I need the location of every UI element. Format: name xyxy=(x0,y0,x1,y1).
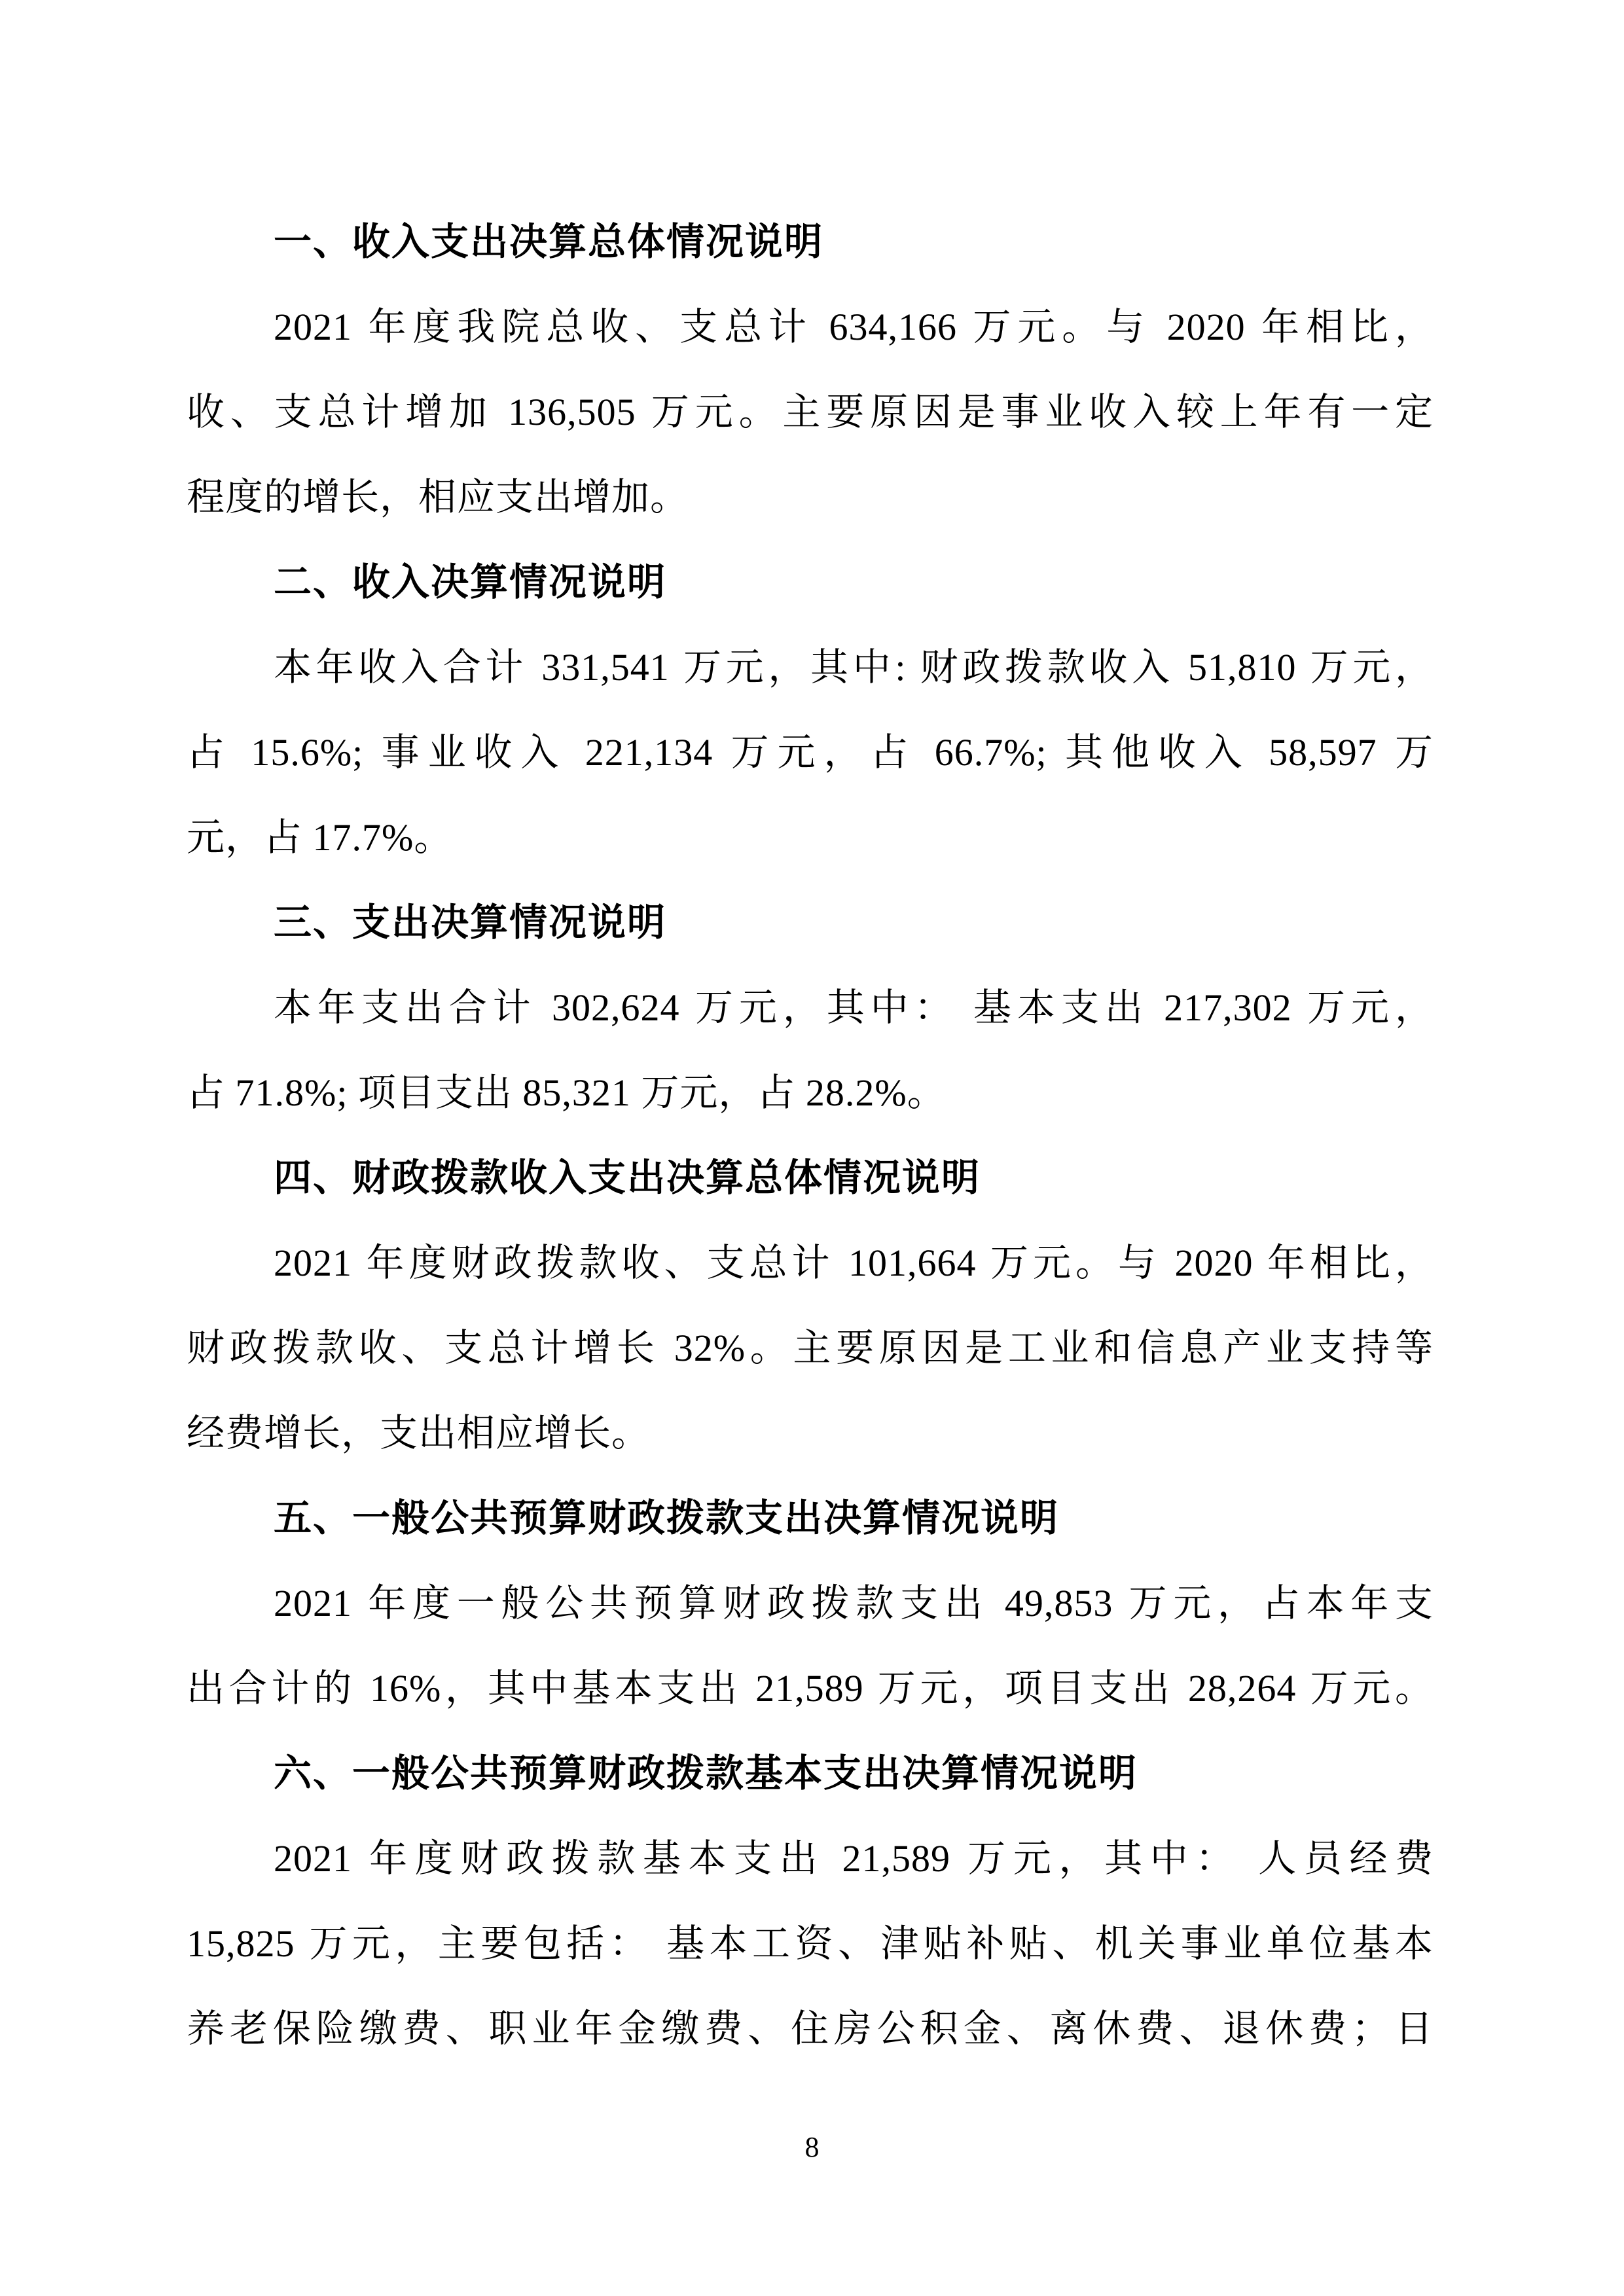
document-page: 一、收入支出决算总体情况说明 2021 年度我院总收、支总计 634,166 万… xyxy=(0,0,1624,2296)
section-6-heading: 六、一般公共预算财政拨款基本支出决算情况说明 xyxy=(187,1731,1434,1816)
page-number: 8 xyxy=(0,2118,1624,2177)
section-2-line-1: 本年收入合计 331,541 万元，其中: 财政拨款收入 51,810 万元， xyxy=(187,625,1434,710)
section-4-heading: 四、财政拨款收入支出决算总体情况说明 xyxy=(187,1136,1434,1221)
section-6-line-1: 2021 年度财政拨款基本支出 21,589 万元，其中： 人员经费 xyxy=(187,1816,1434,1901)
section-1-line-1: 2021 年度我院总收、支总计 634,166 万元。与 2020 年相比， xyxy=(187,285,1434,370)
section-1-line-3: 程度的增长，相应支出增加。 xyxy=(187,455,1434,540)
section-3-line-1: 本年支出合计 302,624 万元，其中： 基本支出 217,302 万元， xyxy=(187,965,1434,1050)
section-2-line-2: 占 15.6%; 事业收入 221,134 万元，占 66.7%; 其他收入 5… xyxy=(187,710,1434,795)
section-6-line-3: 养老保险缴费、职业年金缴费、住房公积金、离休费、退休费；日 xyxy=(187,1986,1434,2072)
section-6-line-2: 15,825 万元，主要包括： 基本工资、津贴补贴、机关事业单位基本 xyxy=(187,1901,1434,1986)
section-2-line-3: 元，占 17.7%。 xyxy=(187,795,1434,880)
section-1-heading: 一、收入支出决算总体情况说明 xyxy=(187,200,1434,285)
section-5-line-2: 出合计的 16%，其中基本支出 21,589 万元，项目支出 28,264 万元… xyxy=(187,1646,1434,1731)
text-block: 一、收入支出决算总体情况说明 2021 年度我院总收、支总计 634,166 万… xyxy=(187,200,1434,2072)
section-3-line-2: 占 71.8%; 项目支出 85,321 万元，占 28.2%。 xyxy=(187,1050,1434,1136)
section-3-heading: 三、支出决算情况说明 xyxy=(187,880,1434,965)
section-2-heading: 二、收入决算情况说明 xyxy=(187,540,1434,625)
section-1-line-2: 收、支总计增加 136,505 万元。主要原因是事业收入较上年有一定 xyxy=(187,370,1434,455)
section-5-heading: 五、一般公共预算财政拨款支出决算情况说明 xyxy=(187,1476,1434,1561)
section-4-line-2: 财政拨款收、支总计增长 32%。主要原因是工业和信息产业支持等 xyxy=(187,1306,1434,1391)
section-4-line-1: 2021 年度财政拨款收、支总计 101,664 万元。与 2020 年相比， xyxy=(187,1221,1434,1306)
section-5-line-1: 2021 年度一般公共预算财政拨款支出 49,853 万元，占本年支 xyxy=(187,1561,1434,1646)
section-4-line-3: 经费增长，支出相应增长。 xyxy=(187,1391,1434,1476)
